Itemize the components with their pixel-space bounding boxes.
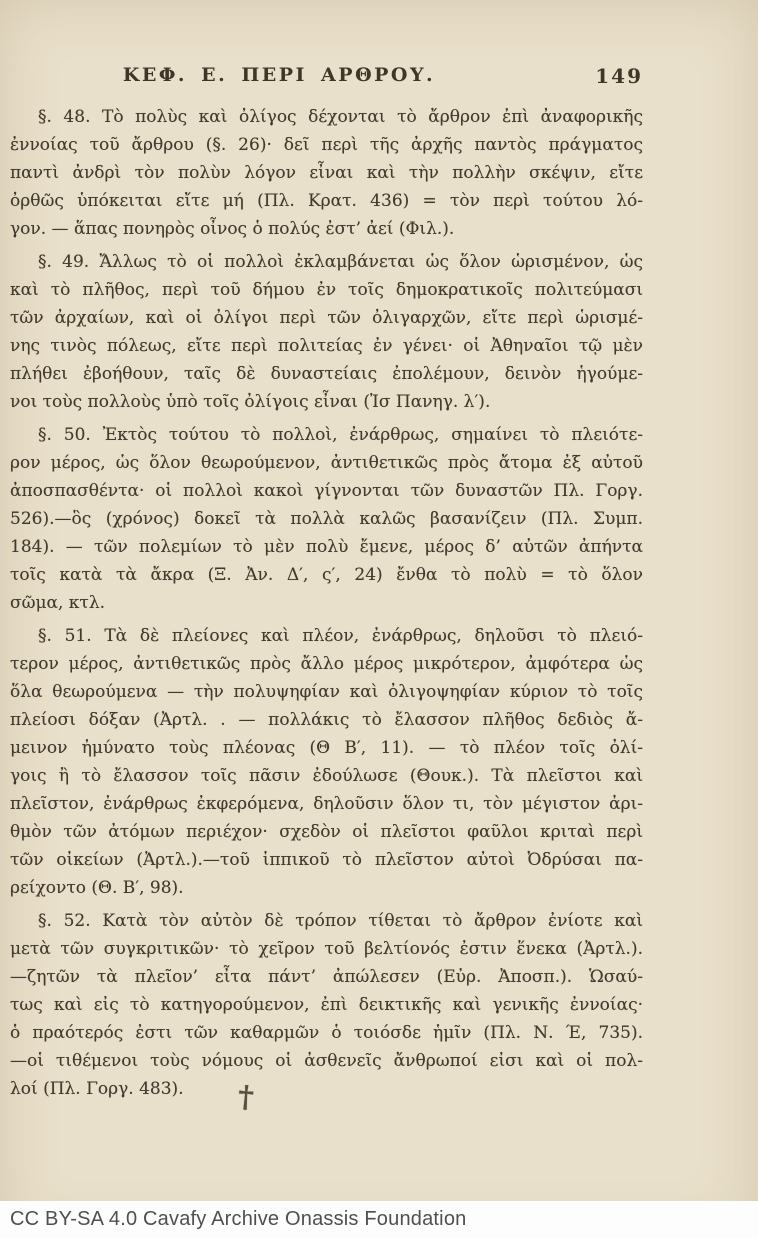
text-line: τῶν ἀρχαίων, καὶ οἱ ὀλίγοι περὶ τῶν ὀλιγ… [10,304,643,332]
text-line: ρον μέρος, ὡς ὅλον θεωρούμενον, ἀντιθετι… [10,449,643,477]
text-line: σῶμα, κτλ. [10,589,643,617]
page-header: ΚΕΦ. Ε. ΠΕΡΙ ΑΡΘΡΟΥ. 149 [10,64,643,90]
text-line: τερον μέρος, ἀντιθετικῶς πρὸς ἄλλο μέρος… [10,650,643,678]
license-bar: CC BY-SA 4.0 Cavafy Archive Onassis Foun… [0,1201,758,1238]
text-line: νης τινὸς πόλεως, εἴτε περὶ πολιτείας ἐν… [10,332,643,360]
text-line: μετὰ τῶν συγκριτικῶν· τὸ χεῖρον τοῦ βελτ… [10,935,643,963]
text-line: πλεῖστον, ἐνάρθρως ἐκφερόμενα, δηλοῦσιν … [10,790,643,818]
text-line: 526).—ὃς (χρόνος) δοκεῖ τὰ πολλὰ καλῶς β… [10,505,643,533]
text-line: παντὶ ἀνδρὶ τὸν πολὺν λόγον εἶναι καὶ τὴ… [10,159,643,187]
text-line: ἐννοίας τοῦ ἄρθρου (§. 26)· δεῖ περὶ τῆς… [10,131,643,159]
text-line: §. 49. Ἄλλως τὸ οἱ πολλοὶ ἐκλαμβάνεται ὡ… [10,248,643,276]
text-line: §. 50. Ἐκτὸς τούτου τὸ πολλοὶ, ἐνάρθρως,… [10,421,643,449]
text-line: —ζητῶν τὰ πλεῖον’ εἶτα πάντ’ ἀπώλεσεν (Ε… [10,963,643,991]
text-line: §. 52. Κατὰ τὸν αὐτὸν δὲ τρόπον τίθεται … [10,907,643,935]
text-line: θμὸν τῶν ἀτόμων περιέχον· σχεδὸν οἱ πλεῖ… [10,818,643,846]
text-line: τοῖς κατὰ τὰ ἄκρα (Ξ. Ἀν. Δ′, ς′, 24) ἔν… [10,561,643,589]
text-line: ὅλα θεωρούμενα — τὴν πολυψηφίαν καὶ ὀλιγ… [10,678,643,706]
text-line: μεινον ἠμύνατο τοὺς πλέονας (Θ Β′, 11). … [10,734,643,762]
text-line: λοί (Πλ. Γοργ. 483). [10,1075,643,1103]
scanned-book-page: ΚΕΦ. Ε. ΠΕΡΙ ΑΡΘΡΟΥ. 149 §. 48. Τὸ πολὺς… [0,0,758,1238]
text-block: §. 48. Τὸ πολὺς καὶ ὀλίγος δέχονται τὸ ἄ… [10,103,643,1108]
text-line: γοις ἢ τὸ ἔλασσον τοῖς πᾶσιν ἐδούλωσε (Θ… [10,762,643,790]
text-line: καὶ τὸ πλῆθος, περὶ τοῦ δήμου ἐν τοῖς δη… [10,276,643,304]
handwritten-cross-mark: † [237,1079,255,1115]
text-line: ὁ πραότερός ἐστι τῶν καθαρμῶν ὁ τοιόσδε … [10,1019,643,1047]
text-line: ἀποσπασθέντα· οἱ πολλοὶ κακοὶ γίγνονται … [10,477,643,505]
text-line: τως καὶ εἰς τὸ κατηγορούμενον, ἐπὶ δεικτ… [10,991,643,1019]
text-line: §. 48. Τὸ πολὺς καὶ ὀλίγος δέχονται τὸ ἄ… [10,103,643,131]
paragraph-52: §. 52. Κατὰ τὸν αὐτὸν δὲ τρόπον τίθεται … [10,907,643,1103]
paragraph-49: §. 49. Ἄλλως τὸ οἱ πολλοὶ ἐκλαμβάνεται ὡ… [10,248,643,416]
chapter-title: ΚΕΦ. Ε. ΠΕΡΙ ΑΡΘΡΟΥ. [10,64,548,86]
text-line: γον. — ἅπας πονηρὸς οἶνος ὁ πολύς ἐστ’ ἀ… [10,215,643,243]
paragraph-48: §. 48. Τὸ πολὺς καὶ ὀλίγος δέχονται τὸ ἄ… [10,103,643,243]
text-line: πλείοσι δόξαν (Ἀρτλ. . — πολλάκις τὸ ἔλα… [10,706,643,734]
text-line: νοι τοὺς πολλοὺς ὑπὸ τοῖς ὀλίγοις εἶναι … [10,388,643,416]
text-line: πλήθει ἐβοήθουν, ταῖς δὲ δυναστείαις ἐπο… [10,360,643,388]
paragraph-51: §. 51. Τὰ δὲ πλείονες καὶ πλέον, ἐνάρθρω… [10,622,643,902]
text-line: τῶν οἰκείων (Ἀρτλ.).—τοῦ ἱππικοῦ τὸ πλεῖ… [10,846,643,874]
text-line: 184). — τῶν πολεμίων τὸ μὲν πολὺ ἔμενε, … [10,533,643,561]
page-number: 149 [595,64,643,88]
text-line: §. 51. Τὰ δὲ πλείονες καὶ πλέον, ἐνάρθρω… [10,622,643,650]
text-line: ρείχοντο (Θ. Β′, 98). [10,874,643,902]
paragraph-50: §. 50. Ἐκτὸς τούτου τὸ πολλοὶ, ἐνάρθρως,… [10,421,643,617]
text-line: ὀρθῶς ὑπόκειται εἴτε μή (Πλ. Κρατ. 436) … [10,187,643,215]
text-line: —οἱ τιθέμενοι τοὺς νόμους οἱ ἀσθενεῖς ἄν… [10,1047,643,1075]
license-text: CC BY-SA 4.0 Cavafy Archive Onassis Foun… [10,1208,466,1231]
